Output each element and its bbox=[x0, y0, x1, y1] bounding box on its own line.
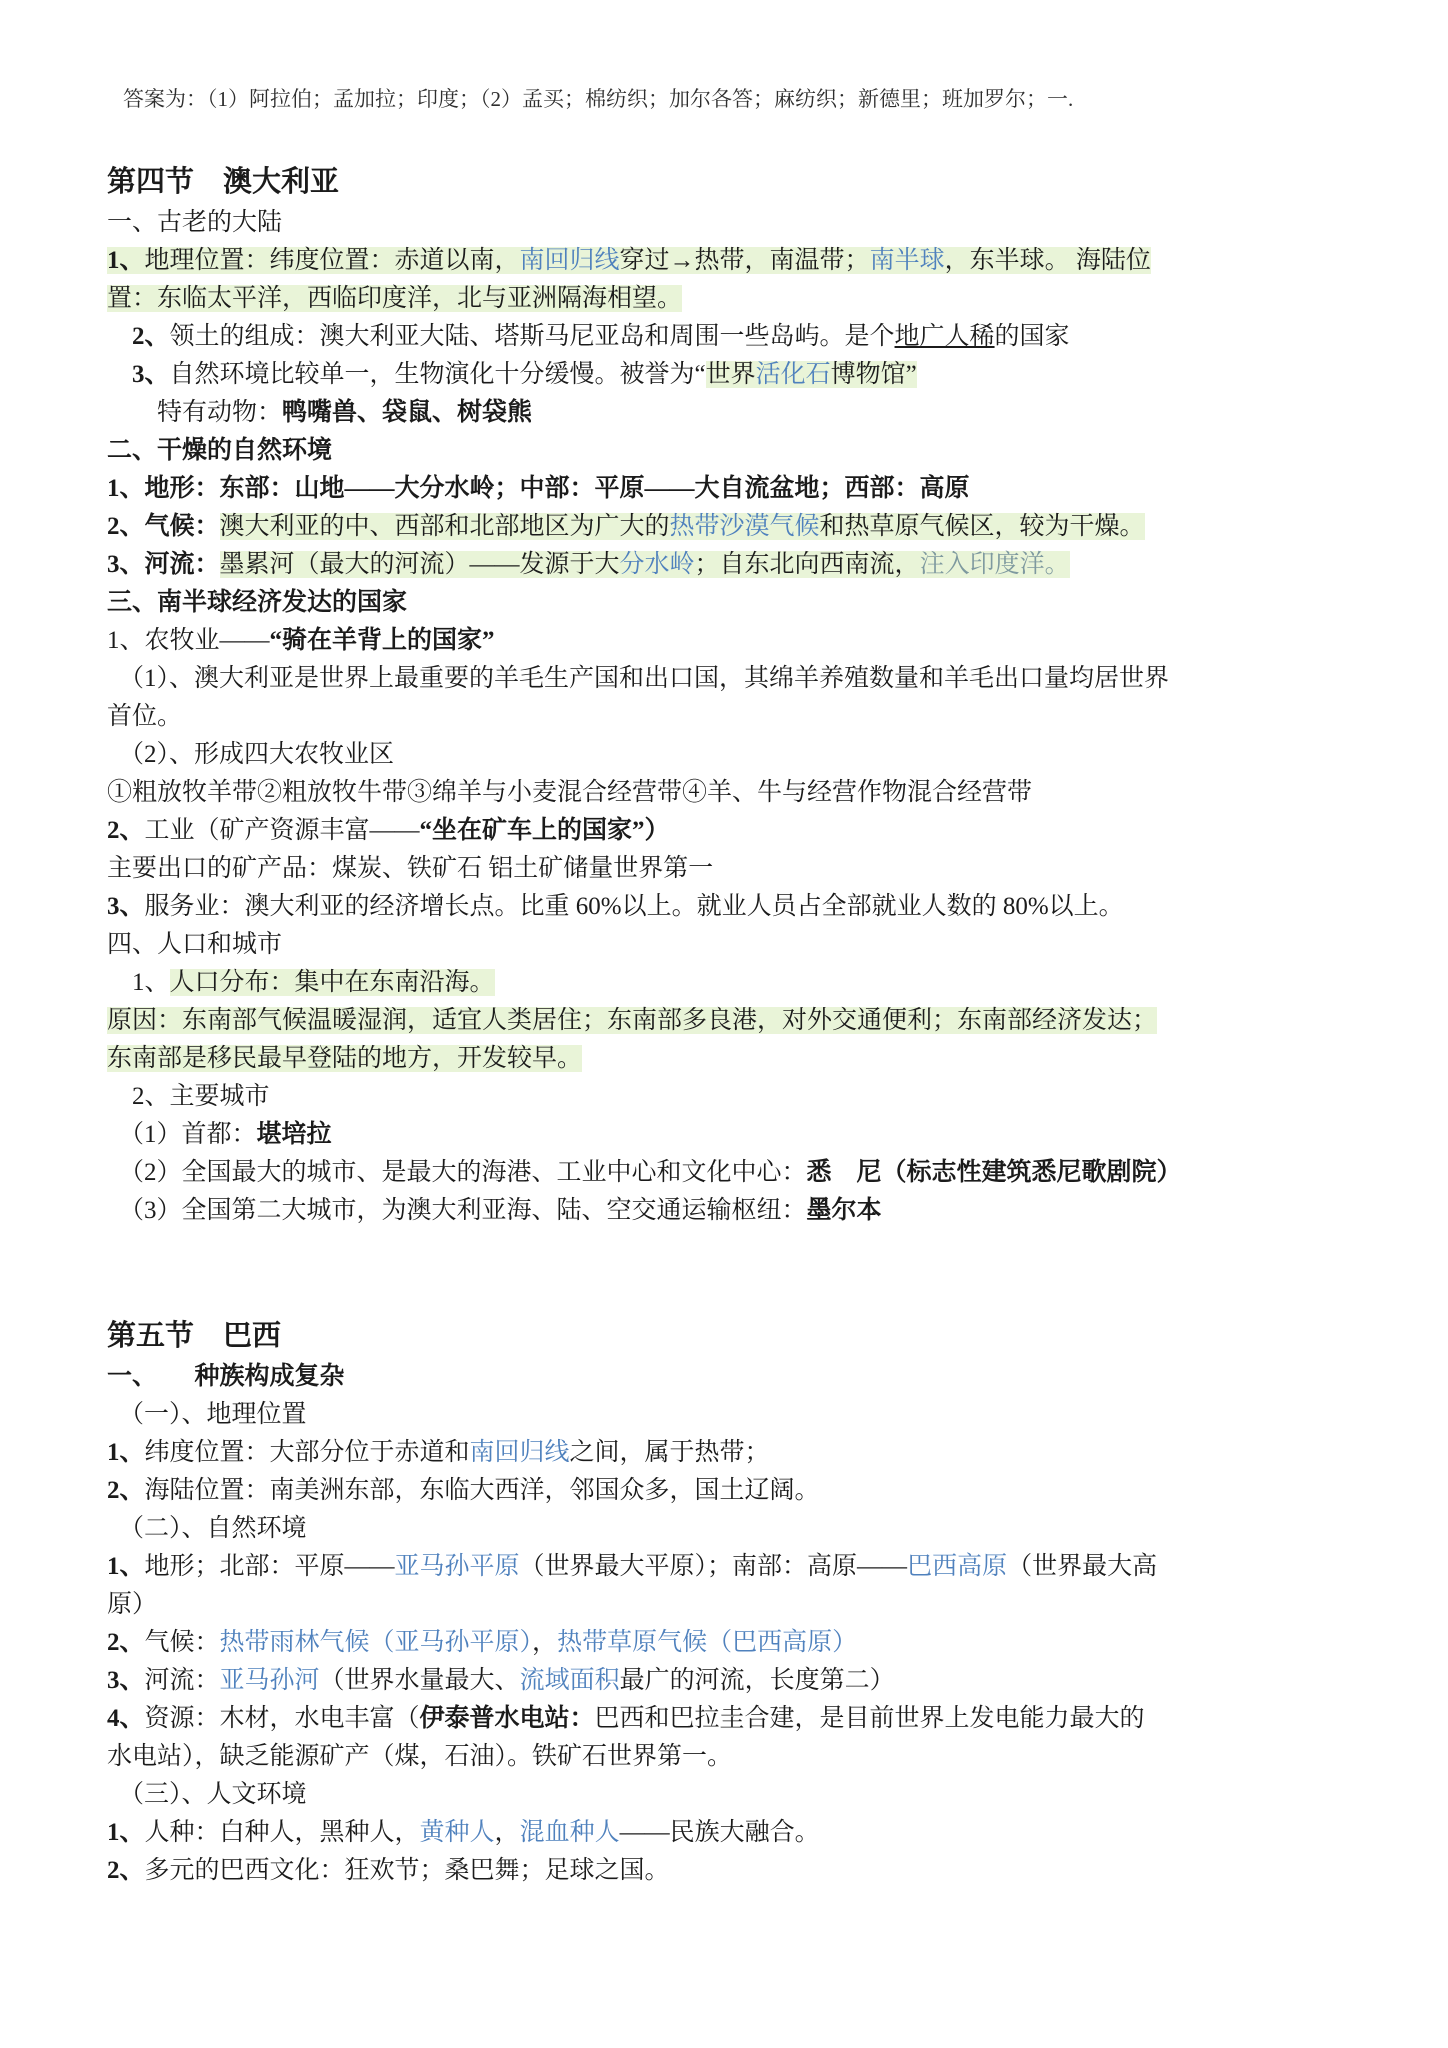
document-body: 答案为：（1）阿拉伯；孟加拉；印度；（2）孟买；棉纺织；加尔各答；麻纺织；新德里… bbox=[107, 84, 1348, 1890]
text-segment: 第五节 巴西 bbox=[107, 1320, 281, 1352]
text-line: 1、人口分布：集中在东南沿海。 bbox=[107, 964, 1348, 1002]
text-segment: 首位。 bbox=[107, 703, 182, 730]
text-segment: 流域面积 bbox=[520, 1667, 620, 1694]
text-segment: ；自东北向西南流， bbox=[695, 551, 920, 578]
text-segment: 世界 bbox=[706, 361, 756, 388]
text-line: （一）、地理位置 bbox=[107, 1396, 1348, 1434]
text-segment: 服务业：澳大利亚的经济增长点。比重 60%以上。就业人员占全部就业人数的 80%… bbox=[145, 893, 1124, 920]
text-segment: 2、 bbox=[107, 1857, 145, 1884]
text-line: （1）首都：堪培拉 bbox=[107, 1116, 1348, 1154]
text-segment: ，东半球。 海陆位 bbox=[945, 247, 1151, 274]
text-line: 1、农牧业——“骑在羊背上的国家” bbox=[107, 622, 1348, 660]
text-segment: ——民族大融合。 bbox=[620, 1819, 820, 1846]
text-segment: （世界水量最大、 bbox=[320, 1667, 520, 1694]
text-segment: （3）全国第二大城市，为澳大利亚海、陆、空交通运输枢纽： bbox=[119, 1197, 807, 1224]
text-segment: 自然环境比较单一，生物演化十分缓慢。被誉为“ bbox=[170, 361, 706, 388]
text-segment: 热带草原气候（巴西高原） bbox=[557, 1629, 857, 1656]
text-segment: 3、 bbox=[107, 1667, 145, 1694]
text-segment: 1、 bbox=[107, 247, 145, 274]
text-line: 2、主要城市 bbox=[107, 1078, 1348, 1116]
text-line: 东南部是移民最早登陆的地方，开发较早。 bbox=[107, 1040, 1348, 1078]
text-line: 2、工业（矿产资源丰富——“坐在矿车上的国家”） bbox=[107, 812, 1348, 850]
text-segment: （一）、地理位置 bbox=[119, 1401, 307, 1428]
text-line: 四、人口和城市 bbox=[107, 926, 1348, 964]
text-segment: 原） bbox=[107, 1591, 157, 1618]
text-segment: 纬度位置：大部分位于赤道和 bbox=[145, 1439, 470, 1466]
text-line: 3、自然环境比较单一，生物演化十分缓慢。被誉为“世界活化石博物馆” bbox=[107, 356, 1348, 394]
text-segment: ， bbox=[532, 1629, 557, 1656]
text-segment: 亚马孙河 bbox=[220, 1667, 320, 1694]
text-segment: 巴西和巴拉圭合建，是目前世界上发电能力最大的 bbox=[595, 1705, 1145, 1732]
text-segment: 1、 bbox=[107, 1819, 145, 1846]
text-segment: 鸭嘴兽、袋鼠、树袋熊 bbox=[282, 399, 532, 426]
text-line: 3、河流：亚马孙河（世界水量最大、流域面积最广的河流，长度第二） bbox=[107, 1662, 1348, 1700]
text-line: 特有动物：鸭嘴兽、袋鼠、树袋熊 bbox=[107, 394, 1348, 432]
text-line: 三、南半球经济发达的国家 bbox=[107, 584, 1348, 622]
text-segment: 巴西高原 bbox=[907, 1553, 1007, 1580]
text-line: 1、纬度位置：大部分位于赤道和南回归线之间，属于热带； bbox=[107, 1434, 1348, 1472]
text-segment: 第四节 澳大利亚 bbox=[107, 166, 339, 198]
text-segment: 一、古老的大陆 bbox=[107, 209, 282, 236]
text-segment: 多元的巴西文化：狂欢节；桑巴舞；足球之国。 bbox=[145, 1857, 670, 1884]
text-segment: 墨累河（最大的河流）——发源于大 bbox=[220, 551, 620, 578]
text-segment: 地理位置：纬度位置：赤道以南， bbox=[145, 247, 520, 274]
text-line: 1、人种：白种人，黑种人，黄种人，混血种人——民族大融合。 bbox=[107, 1814, 1348, 1852]
text-line: （2）、形成四大农牧业区 bbox=[107, 736, 1348, 774]
section-heading: 第四节 澳大利亚 bbox=[107, 160, 1348, 204]
text-segment: 南半球 bbox=[870, 247, 945, 274]
text-segment: 南回归线 bbox=[470, 1439, 570, 1466]
text-segment: 亚马孙平原 bbox=[395, 1553, 520, 1580]
text-segment: 的国家 bbox=[995, 323, 1070, 350]
text-line: ①粗放牧羊带②粗放牧牛带③绵羊与小麦混合经营带④羊、牛与经营作物混合经营带 bbox=[107, 774, 1348, 812]
text-segment: 3、河流： bbox=[107, 551, 220, 578]
text-segment: ， bbox=[495, 1819, 520, 1846]
text-segment: 1、 bbox=[107, 1439, 145, 1466]
text-segment: 置：东临太平洋，西临印度洋，北与亚洲隔海相望。 bbox=[107, 285, 682, 312]
spacer bbox=[107, 114, 1348, 152]
text-line: 2、多元的巴西文化：狂欢节；桑巴舞；足球之国。 bbox=[107, 1852, 1348, 1890]
text-segment: （世界最大平原）；南部：高原—— bbox=[520, 1553, 908, 1580]
text-segment: 分水岭 bbox=[620, 551, 695, 578]
text-line: 1、地形：东部：山地——大分水岭；中部：平原——大自流盆地；西部：高原 bbox=[107, 470, 1348, 508]
text-line: （3）全国第二大城市，为澳大利亚海、陆、空交通运输枢纽：墨尔本 bbox=[107, 1192, 1348, 1230]
section-heading: 第五节 巴西 bbox=[107, 1314, 1348, 1358]
text-segment: 堪培拉 bbox=[257, 1121, 332, 1148]
text-segment: 悉 尼（标志性建筑悉尼歌剧院） bbox=[807, 1159, 1182, 1186]
text-segment: 4、 bbox=[107, 1705, 145, 1732]
text-segment: 东南部是移民最早登陆的地方，开发较早。 bbox=[107, 1045, 582, 1072]
text-segment: 答案为：（1）阿拉伯；孟加拉；印度；（2）孟买；棉纺织；加尔各答；麻纺织；新德里… bbox=[123, 87, 1073, 111]
text-segment: （1）、澳大利亚是世界上最重要的羊毛生产国和出口国，其绵羊养殖数量和羊毛出口量均… bbox=[119, 665, 1169, 692]
text-line: 答案为：（1）阿拉伯；孟加拉；印度；（2）孟买；棉纺织；加尔各答；麻纺织；新德里… bbox=[107, 84, 1348, 114]
text-line: 原） bbox=[107, 1586, 1348, 1624]
text-segment: 原因：东南部气候温暖湿润，适宜人类居住；东南部多良港，对外交通便利；东南部经济发… bbox=[107, 1007, 1157, 1034]
text-segment: 资源：木材，水电丰富（ bbox=[145, 1705, 420, 1732]
text-line: 2、领土的组成：澳大利亚大陆、塔斯马尼亚岛和周围一些岛屿。是个地广人稀的国家 bbox=[107, 318, 1348, 356]
text-line: （2）全国最大的城市、是最大的海港、工业中心和文化中心：悉 尼（标志性建筑悉尼歌… bbox=[107, 1154, 1348, 1192]
text-line: （三）、人文环境 bbox=[107, 1776, 1348, 1814]
text-segment: 2、 bbox=[107, 1477, 145, 1504]
text-line: （1）、澳大利亚是世界上最重要的羊毛生产国和出口国，其绵羊养殖数量和羊毛出口量均… bbox=[107, 660, 1348, 698]
text-segment: （世界最大高 bbox=[1007, 1553, 1157, 1580]
text-segment: 注入印度洋。 bbox=[920, 551, 1070, 578]
text-line: 1、地理位置：纬度位置：赤道以南，南回归线穿过→热带，南温带；南半球，东半球。 … bbox=[107, 242, 1348, 280]
text-segment: 澳大利亚的中、西部和北部地区为广大的 bbox=[220, 513, 670, 540]
text-segment: 主要出口的矿产品：煤炭、铁矿石 铝土矿储量世界第一 bbox=[107, 855, 713, 882]
text-line: （二）、自然环境 bbox=[107, 1510, 1348, 1548]
spacer bbox=[107, 1230, 1348, 1306]
text-segment: “骑在羊背上的国家” bbox=[270, 627, 495, 654]
document-page: 答案为：（1）阿拉伯；孟加拉；印度；（2）孟买；棉纺织；加尔各答；麻纺织；新德里… bbox=[0, 0, 1448, 2048]
text-segment: 四、人口和城市 bbox=[107, 931, 282, 958]
text-segment: （2）、形成四大农牧业区 bbox=[119, 741, 394, 768]
text-segment: 工业（矿产资源丰富—— bbox=[145, 817, 420, 844]
text-segment: 2、主要城市 bbox=[132, 1083, 270, 1110]
text-segment: 特有动物： bbox=[157, 399, 282, 426]
text-line: 2、海陆位置：南美洲东部，东临大西洋，邻国众多，国土辽阔。 bbox=[107, 1472, 1348, 1510]
text-line: 3、服务业：澳大利亚的经济增长点。比重 60%以上。就业人员占全部就业人数的 8… bbox=[107, 888, 1348, 926]
text-line: 原因：东南部气候温暖湿润，适宜人类居住；东南部多良港，对外交通便利；东南部经济发… bbox=[107, 1002, 1348, 1040]
text-segment: 黄种人 bbox=[420, 1819, 495, 1846]
text-segment: 1、 bbox=[132, 969, 170, 996]
text-line: 2、气候：澳大利亚的中、西部和北部地区为广大的热带沙漠气候和热草原气候区，较为干… bbox=[107, 508, 1348, 546]
text-segment: 2、气候： bbox=[107, 513, 220, 540]
text-segment: 2、 bbox=[107, 1629, 145, 1656]
text-segment: （二）、自然环境 bbox=[119, 1515, 307, 1542]
text-segment: 1、农牧业—— bbox=[107, 627, 270, 654]
text-segment: 1、地形：东部：山地——大分水岭；中部：平原——大自流盆地；西部：高原 bbox=[107, 475, 970, 502]
text-segment: 热带沙漠气候 bbox=[670, 513, 820, 540]
text-segment: 人口分布：集中在东南沿海。 bbox=[170, 969, 495, 996]
text-segment: 之间，属于热带； bbox=[570, 1439, 770, 1466]
text-segment: 人种：白种人，黑种人， bbox=[145, 1819, 420, 1846]
text-line: 主要出口的矿产品：煤炭、铁矿石 铝土矿储量世界第一 bbox=[107, 850, 1348, 888]
text-line: 3、河流：墨累河（最大的河流）——发源于大分水岭；自东北向西南流，注入印度洋。 bbox=[107, 546, 1348, 584]
text-segment: 混血种人 bbox=[520, 1819, 620, 1846]
text-segment: 3、 bbox=[132, 361, 170, 388]
text-segment: 1、 bbox=[107, 1553, 145, 1580]
text-line: 一、古老的大陆 bbox=[107, 204, 1348, 242]
text-segment: 2、 bbox=[132, 323, 170, 350]
text-segment: 活化石 bbox=[756, 361, 831, 388]
text-line: 首位。 bbox=[107, 698, 1348, 736]
text-segment: 地形；北部：平原—— bbox=[145, 1553, 395, 1580]
text-segment: 二、干燥的自然环境 bbox=[107, 437, 332, 464]
text-segment: （三）、人文环境 bbox=[119, 1781, 307, 1808]
text-segment: “坐在矿车上的国家”） bbox=[420, 817, 670, 844]
text-segment: 和热草原气候区，较为干燥。 bbox=[820, 513, 1145, 540]
text-segment: 2、 bbox=[107, 817, 145, 844]
text-segment: 地广人稀 bbox=[895, 323, 995, 350]
text-segment: 伊泰普水电站： bbox=[420, 1705, 595, 1732]
text-segment: 水电站），缺乏能源矿产（煤，石油）。铁矿石世界第一。 bbox=[107, 1743, 732, 1770]
text-line: 2、气候：热带雨林气候（亚马孙平原），热带草原气候（巴西高原） bbox=[107, 1624, 1348, 1662]
text-segment: 气候： bbox=[145, 1629, 220, 1656]
text-line: 一、 种族构成复杂 bbox=[107, 1358, 1348, 1396]
text-segment: 南回归线 bbox=[520, 247, 620, 274]
text-segment: （1）首都： bbox=[119, 1121, 257, 1148]
text-segment: ①粗放牧羊带②粗放牧牛带③绵羊与小麦混合经营带④羊、牛与经营作物混合经营带 bbox=[107, 779, 1032, 806]
text-segment: 一、 种族构成复杂 bbox=[107, 1363, 345, 1390]
text-line: 4、资源：木材，水电丰富（伊泰普水电站：巴西和巴拉圭合建，是目前世界上发电能力最… bbox=[107, 1700, 1348, 1738]
text-line: 二、干燥的自然环境 bbox=[107, 432, 1348, 470]
text-segment: 三、南半球经济发达的国家 bbox=[107, 589, 407, 616]
text-segment: （2）全国最大的城市、是最大的海港、工业中心和文化中心： bbox=[119, 1159, 807, 1186]
text-line: 水电站），缺乏能源矿产（煤，石油）。铁矿石世界第一。 bbox=[107, 1738, 1348, 1776]
text-segment: 最广的河流，长度第二） bbox=[620, 1667, 895, 1694]
text-segment: 河流： bbox=[145, 1667, 220, 1694]
text-segment: 海陆位置：南美洲东部，东临大西洋，邻国众多，国土辽阔。 bbox=[145, 1477, 820, 1504]
text-segment: 热带雨林气候（亚马孙平原） bbox=[220, 1629, 533, 1656]
text-segment: 领土的组成：澳大利亚大陆、塔斯马尼亚岛和周围一些岛屿。是个 bbox=[170, 323, 895, 350]
text-segment: 博物馆” bbox=[831, 361, 917, 388]
text-line: 置：东临太平洋，西临印度洋，北与亚洲隔海相望。 bbox=[107, 280, 1348, 318]
text-segment: 穿过→热带，南温带； bbox=[620, 247, 870, 274]
text-line: 1、地形；北部：平原——亚马孙平原（世界最大平原）；南部：高原——巴西高原（世界… bbox=[107, 1548, 1348, 1586]
text-segment: 墨尔本 bbox=[807, 1197, 882, 1224]
text-segment: 3、 bbox=[107, 893, 145, 920]
